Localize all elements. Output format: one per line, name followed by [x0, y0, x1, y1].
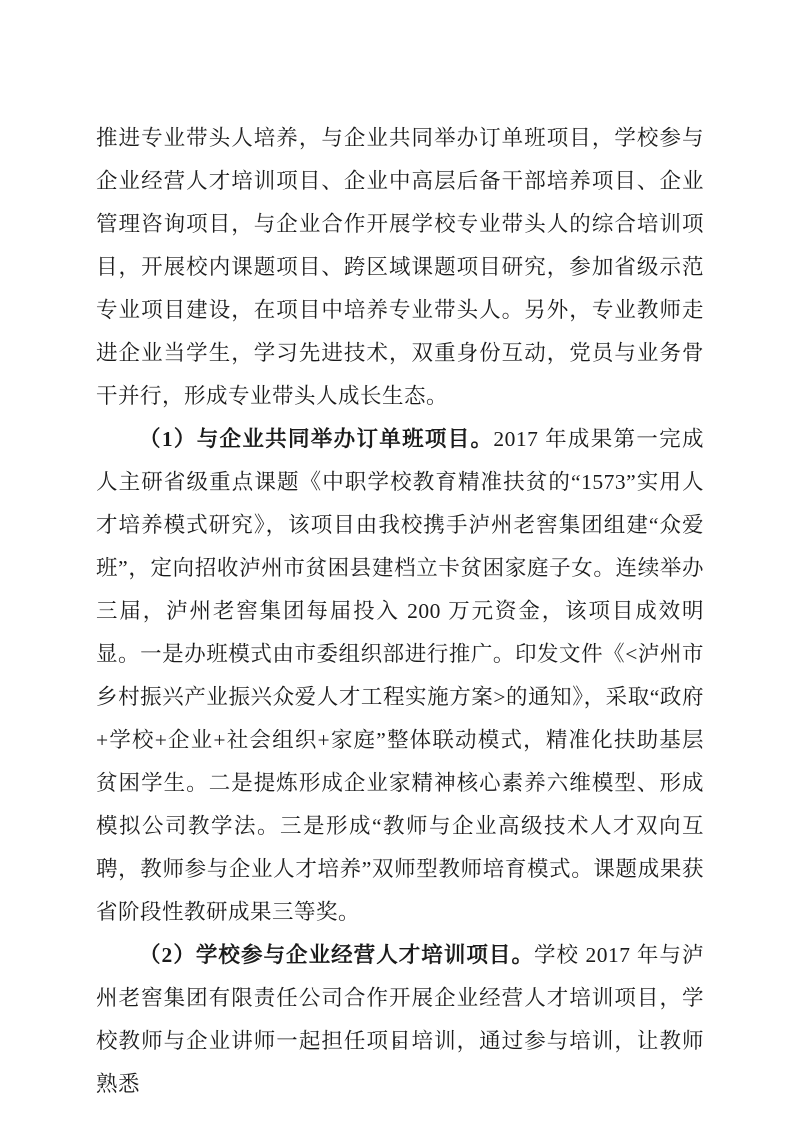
page-footer: 6	[0, 1033, 793, 1051]
paragraph-continuation: 推进专业带头人培养，与企业共同举办订单班项目，学校参与企业经营人才培训项目、企业…	[96, 117, 704, 418]
document-body: 推进专业带头人培养，与企业共同举办订单班项目，学校参与企业经营人才培训项目、企业…	[96, 117, 704, 1106]
paragraph-item-2: （2）学校参与企业经营人才培训项目。学校 2017 年与泸州老窖集团有限责任公司…	[96, 934, 704, 1106]
page-number: 6	[393, 1034, 401, 1050]
paragraph-continuation-text: 推进专业带头人培养，与企业共同举办订单班项目，学校参与企业经营人才培训项目、企业…	[96, 126, 704, 408]
document-page: 推进专业带头人培养，与企业共同举办订单班项目，学校参与企业经营人才培训项目、企业…	[0, 0, 793, 1122]
list-item-1-heading: （1）与企业共同举办订单班项目。	[139, 427, 493, 451]
list-item-1-text: 2017 年成果第一完成人主研省级重点课题《中职学校教育精准扶贫的“1573”实…	[96, 427, 704, 924]
list-item-2-heading: （2）学校参与企业经营人才培训项目。	[139, 943, 534, 967]
paragraph-item-1: （1）与企业共同举办订单班项目。2017 年成果第一完成人主研省级重点课题《中职…	[96, 418, 704, 934]
